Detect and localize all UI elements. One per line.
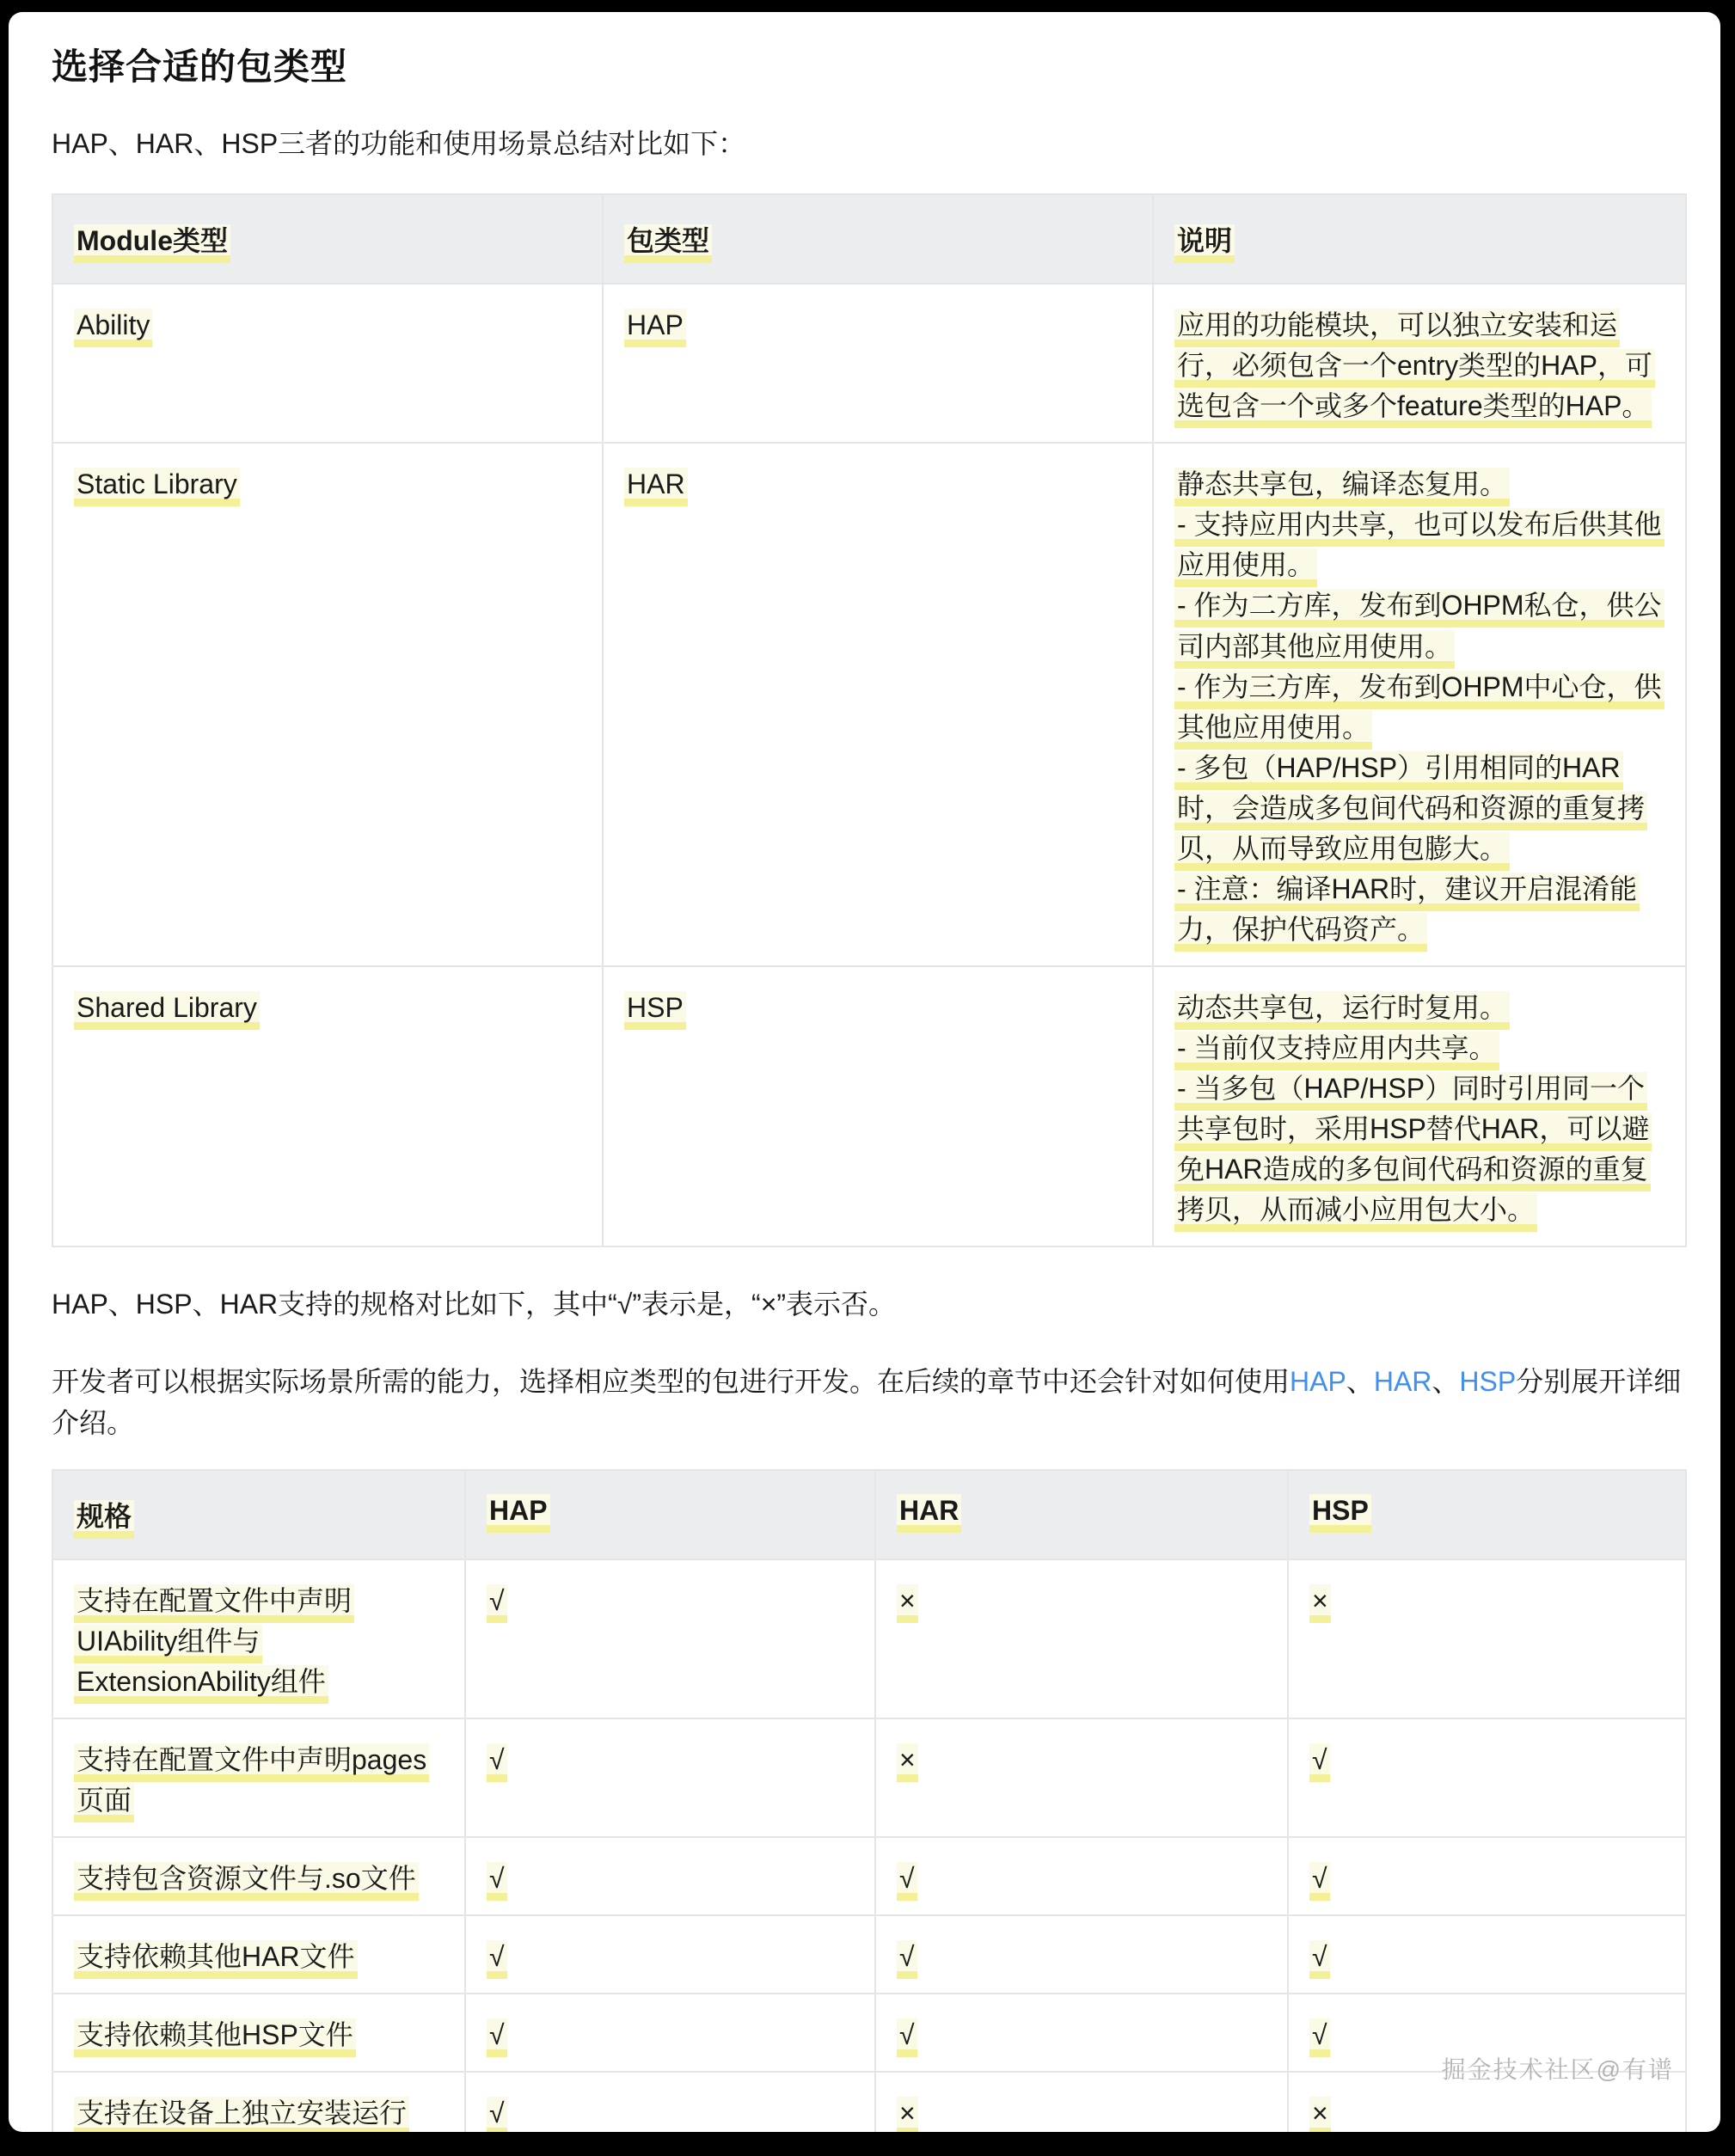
table-row: Shared Library HSP 动态共享包，运行时复用。 - 当前仅支持应… — [52, 966, 1686, 1246]
link-separator: 、 — [1432, 1366, 1459, 1397]
watermark: 掘金技术社区@有谱 — [1442, 2051, 1674, 2086]
hsp-mark-cell: √ — [1288, 1718, 1686, 1837]
module-table-header-module: Module类型 — [52, 194, 603, 284]
spec-table-header-hsp: HSP — [1288, 1470, 1686, 1559]
spec-cell: 支持在配置文件中声明pages页面 — [52, 1718, 465, 1837]
module-table-header-row: Module类型 包类型 说明 — [52, 194, 1686, 284]
spec-cell: 支持在配置文件中声明UIAbility组件与ExtensionAbility组件 — [52, 1559, 465, 1718]
link-hap[interactable]: HAP — [1290, 1366, 1346, 1397]
table-row: 支持在配置文件中声明UIAbility组件与ExtensionAbility组件… — [52, 1559, 1686, 1718]
hsp-mark-cell: × — [1288, 1559, 1686, 1718]
module-types-table: Module类型 包类型 说明 Ability HAP 应用的功能模块，可以独立… — [52, 193, 1687, 1247]
hsp-mark-cell: √ — [1288, 1915, 1686, 1994]
spec-support-table: 规格 HAP HAR HSP 支持在配置文件中声明UIAbility组件与Ext… — [52, 1469, 1687, 2132]
spec-table-header-spec: 规格 — [52, 1470, 465, 1559]
spec-table-header-hap: HAP — [465, 1470, 875, 1559]
desc-cell: 静态共享包，编译态复用。 - 支持应用内共享，也可以发布后供其他应用使用。 - … — [1153, 443, 1686, 965]
desc-cell: 应用的功能模块，可以独立安装和运行，必须包含一个entry类型的HAP，可选包含… — [1153, 284, 1686, 443]
link-har[interactable]: HAR — [1374, 1366, 1432, 1397]
document-content: 选择合适的包类型 HAP、HAR、HSP三者的功能和使用场景总结对比如下： Mo… — [9, 12, 1720, 2132]
spec-cell: 支持在设备上独立安装运行 — [52, 2072, 465, 2132]
hap-mark-cell: √ — [465, 1559, 875, 1718]
spec-cell: 支持依赖其他HSP文件 — [52, 1994, 465, 2072]
developer-paragraph-text: 开发者可以根据实际场景所需的能力，选择相应类型的包进行开发。在后续的章节中还会针… — [52, 1366, 1290, 1397]
spec-cell: 支持包含资源文件与.so文件 — [52, 1837, 465, 1915]
spec-compare-paragraph: HAP、HSP、HAR支持的规格对比如下，其中“√”表示是，“×”表示否。 — [52, 1283, 1686, 1325]
module-table-header-package: 包类型 — [603, 194, 1153, 284]
table-row: Static Library HAR 静态共享包，编译态复用。 - 支持应用内共… — [52, 443, 1686, 965]
spec-table-header-row: 规格 HAP HAR HSP — [52, 1470, 1686, 1559]
har-mark-cell: × — [875, 2072, 1288, 2132]
module-cell: Shared Library — [52, 966, 603, 1246]
package-cell: HAR — [603, 443, 1153, 965]
spec-table-header-har: HAR — [875, 1470, 1288, 1559]
hap-mark-cell: √ — [465, 1718, 875, 1837]
hap-mark-cell: √ — [465, 1837, 875, 1915]
hap-mark-cell: √ — [465, 2072, 875, 2132]
module-table-header-desc: 说明 — [1153, 194, 1686, 284]
table-row: 支持依赖其他HAR文件 √ √ √ — [52, 1915, 1686, 1994]
har-mark-cell: √ — [875, 1915, 1288, 1994]
hap-mark-cell: √ — [465, 1994, 875, 2072]
table-row: 支持在配置文件中声明pages页面 √ × √ — [52, 1718, 1686, 1837]
intro-paragraph: HAP、HAR、HSP三者的功能和使用场景总结对比如下： — [52, 125, 1686, 163]
link-separator: 、 — [1346, 1366, 1374, 1397]
page-title: 选择合适的包类型 — [52, 45, 1686, 90]
hsp-mark-cell: √ — [1288, 1837, 1686, 1915]
spec-cell: 支持依赖其他HAR文件 — [52, 1915, 465, 1994]
link-hsp[interactable]: HSP — [1459, 1366, 1516, 1397]
har-mark-cell: √ — [875, 1837, 1288, 1915]
table-row: Ability HAP 应用的功能模块，可以独立安装和运行，必须包含一个entr… — [52, 284, 1686, 443]
har-mark-cell: × — [875, 1559, 1288, 1718]
developer-paragraph: 开发者可以根据实际场景所需的能力，选择相应类型的包进行开发。在后续的章节中还会针… — [52, 1361, 1686, 1443]
hap-mark-cell: √ — [465, 1915, 875, 1994]
package-cell: HSP — [603, 966, 1153, 1246]
module-cell: Static Library — [52, 443, 603, 965]
module-cell: Ability — [52, 284, 603, 443]
desc-cell: 动态共享包，运行时复用。 - 当前仅支持应用内共享。 - 当多包（HAP/HSP… — [1153, 966, 1686, 1246]
table-row: 支持包含资源文件与.so文件 √ √ √ — [52, 1837, 1686, 1915]
har-mark-cell: √ — [875, 1994, 1288, 2072]
document-card: 选择合适的包类型 HAP、HAR、HSP三者的功能和使用场景总结对比如下： Mo… — [9, 12, 1720, 2132]
har-mark-cell: × — [875, 1718, 1288, 1837]
package-cell: HAP — [603, 284, 1153, 443]
